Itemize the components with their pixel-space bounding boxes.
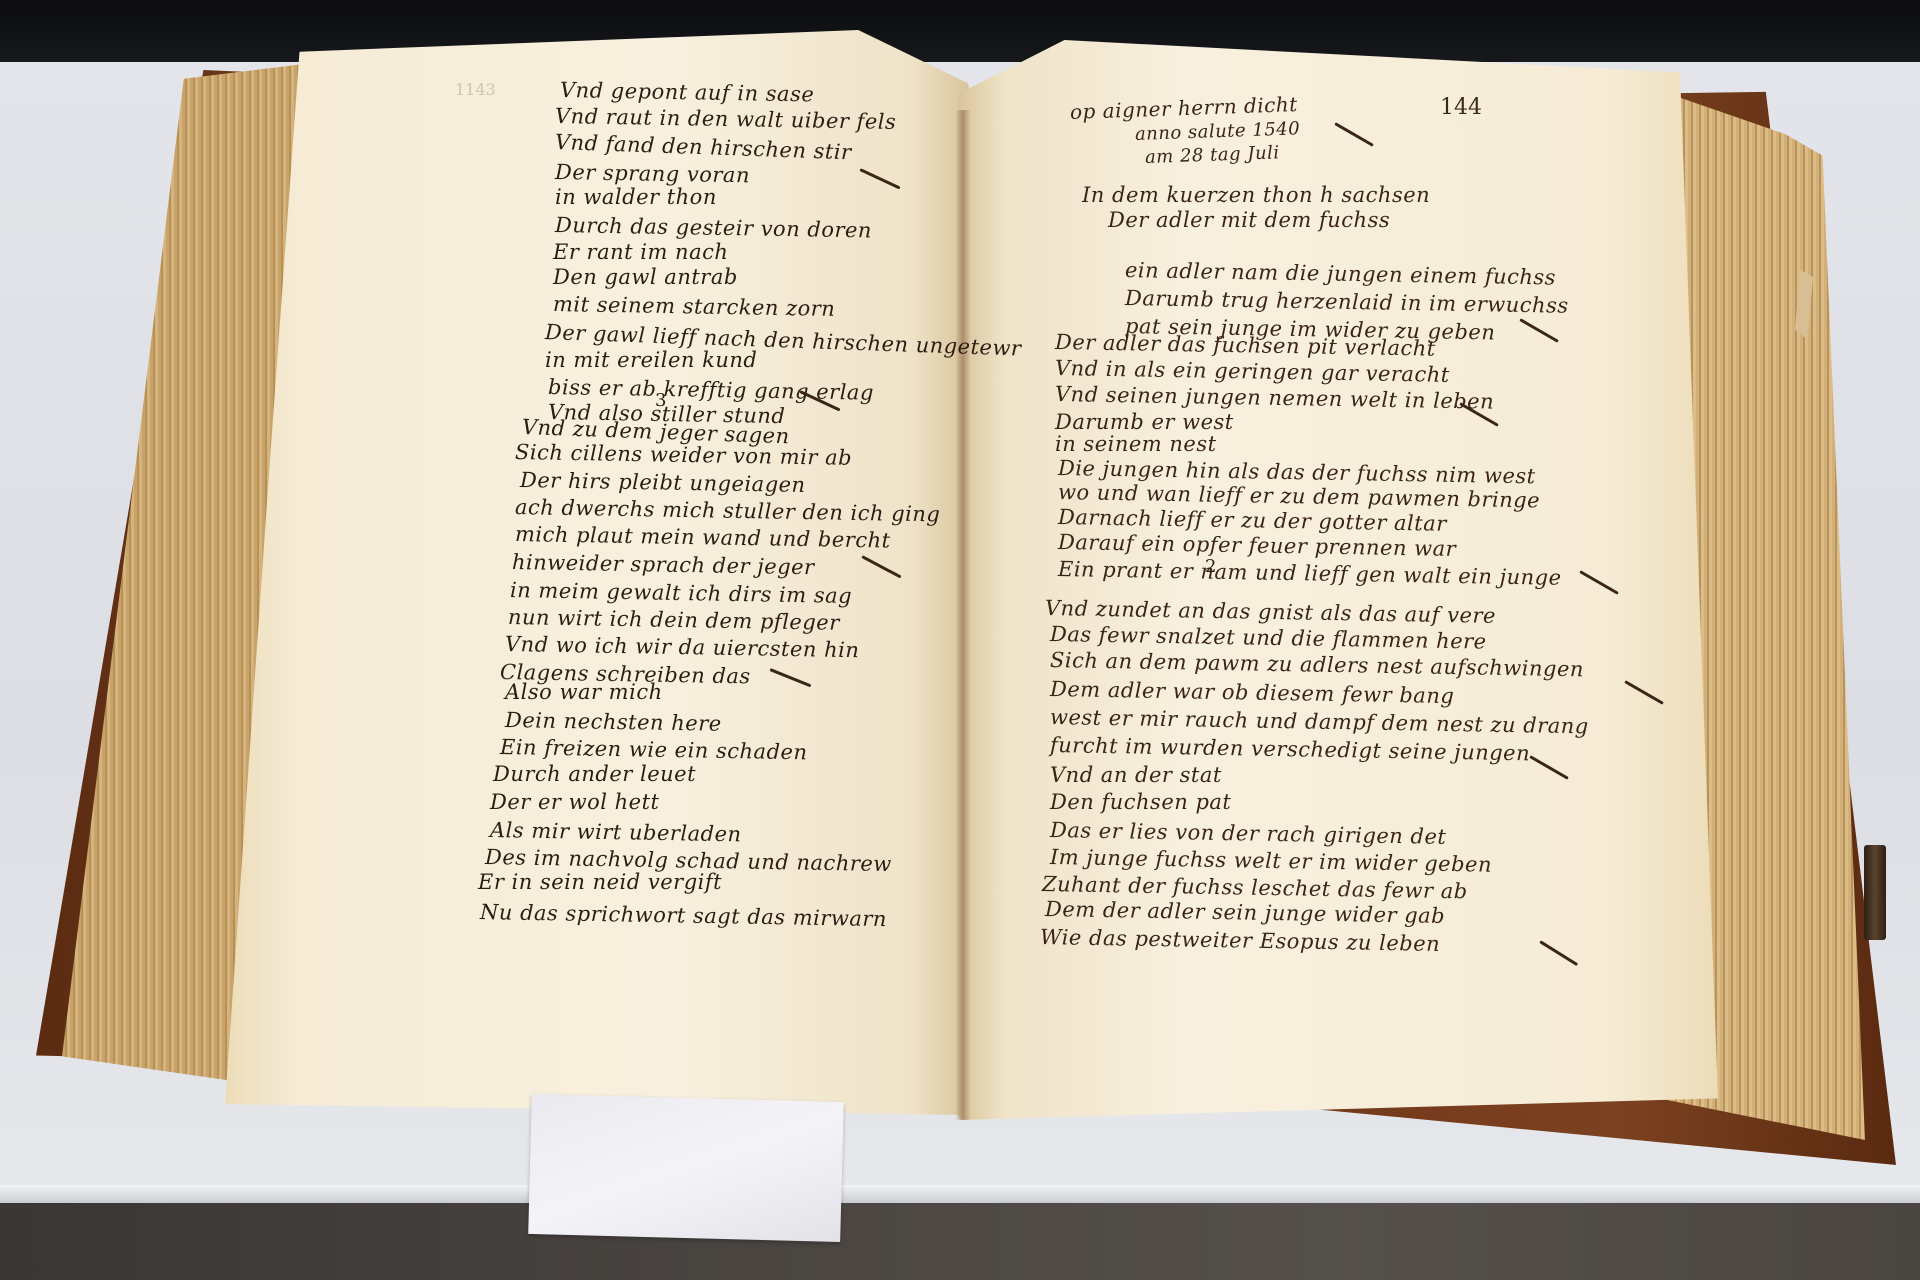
handwritten-line: Er rant im nach <box>553 240 728 264</box>
handwritten-line: Als mir wirt uberladen <box>490 818 742 846</box>
handwritten-line: In dem kuerzen thon h sachsen <box>1082 183 1430 207</box>
folio-number: 144 <box>1440 95 1482 120</box>
handwritten-line: Darumb er west <box>1055 410 1234 434</box>
handwritten-line: Also war mich <box>505 680 663 704</box>
handwritten-line: Der hirs pleibt ungeiagen <box>520 468 806 497</box>
table-edge <box>0 1185 1920 1203</box>
handwritten-line: Der sprang voran <box>555 160 750 187</box>
handwritten-line: Den fuchsen pat <box>1050 790 1231 814</box>
handwritten-line: Er in sein neid vergift <box>478 870 722 894</box>
floor <box>0 1203 1920 1280</box>
handwritten-line: Durch ander leuet <box>493 762 696 786</box>
handwritten-line: in walder thon <box>555 185 717 209</box>
paper-slip <box>528 1094 844 1242</box>
handwritten-line: Dein nechsten here <box>505 708 722 736</box>
handwritten-line: in mit ereilen kund <box>545 348 757 372</box>
faint-annotation: 1143 <box>455 80 496 99</box>
handwritten-line: mit seinem starcken zorn <box>553 292 836 321</box>
handwritten-line: Vnd gepont auf in sase <box>560 78 815 106</box>
handwritten-line: Vnd an der stat <box>1050 763 1222 787</box>
book-clasp-icon <box>1864 845 1886 940</box>
handwritten-line: Den gawl antrab <box>553 265 738 289</box>
section-number-right: 2 <box>1205 556 1216 577</box>
dark-background <box>0 0 1920 62</box>
handwritten-line: in seinem nest <box>1055 432 1217 456</box>
book-gutter <box>955 110 971 1120</box>
handwritten-line: Der er wol hett <box>490 790 659 814</box>
section-number-left: 3 <box>655 390 666 411</box>
handwritten-line: Der adler mit dem fuchss <box>1108 208 1390 232</box>
